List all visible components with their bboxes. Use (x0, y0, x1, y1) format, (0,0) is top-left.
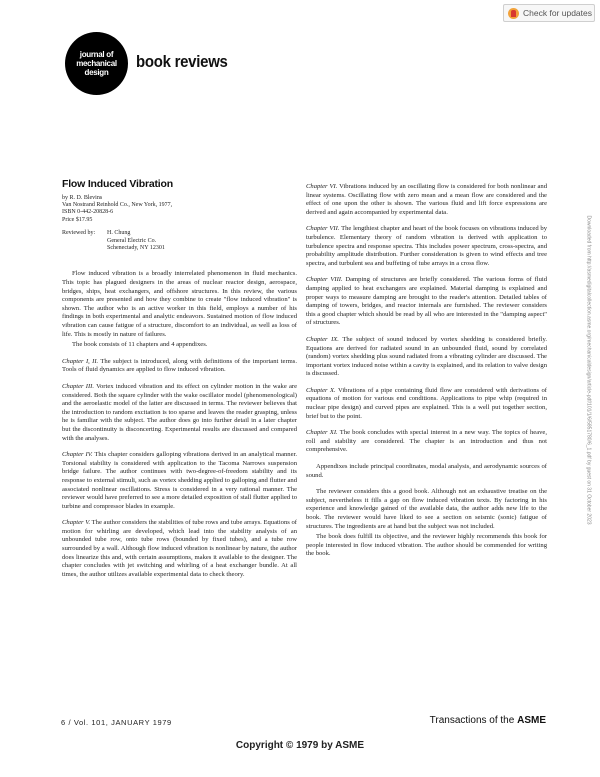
chapter-label: Chapter V. (62, 519, 90, 526)
chapter-label: Chapter III. (62, 383, 94, 390)
paragraph: Chapter XI. The book concludes with spec… (306, 429, 547, 455)
reviewer-block: Reviewed by: H. Chung General Electric C… (62, 230, 297, 252)
check-for-updates-label: Check for updates (523, 8, 592, 18)
paragraph: Appendixes include principal coordinates… (306, 463, 547, 480)
book-author: by R. D. Blevins (62, 195, 297, 202)
chapter-label: Chapter X. (306, 387, 336, 394)
download-notice: Downloaded from http://asmedigitalcollec… (585, 160, 593, 580)
logo-line: journal of (80, 50, 113, 59)
paragraph: Chapter III. Vortex induced vibration an… (62, 383, 297, 443)
logo-line: mechanical (76, 59, 117, 68)
copyright-notice: Copyright © 1979 by ASME (0, 740, 600, 751)
chapter-label: Chapter XI. (306, 429, 338, 436)
reviewer-name: H. Chung (107, 230, 165, 237)
book-price: Price $17.95 (62, 217, 297, 224)
paragraph: Chapter VII. The lengthiest chapter and … (306, 225, 547, 268)
crossmark-icon (508, 8, 519, 19)
paragraph: Chapter V. The author considers the stab… (62, 519, 297, 579)
chapter-label: Chapter VII. (306, 225, 339, 232)
reviewer-label: Reviewed by: (62, 230, 107, 252)
page-info: 6 / Vol. 101, JANUARY 1979 (61, 718, 172, 727)
section-title: book reviews (136, 52, 228, 72)
chapter-label: Chapter IX. (306, 336, 339, 343)
journal-logo: journal of mechanical design (65, 32, 128, 95)
paragraph: The reviewer considers this a good book.… (306, 488, 547, 531)
paragraph: Chapter X. Vibrations of a pipe containi… (306, 387, 547, 421)
book-publisher: Van Nostrand Reinhold Co., New York, 197… (62, 202, 297, 209)
journal-name: Transactions of the ASME (430, 715, 546, 726)
chapter-label: Chapter IV. (62, 451, 93, 458)
paragraph: Chapter VI. Vibrations induced by an osc… (306, 183, 547, 217)
paragraph: Chapter IX. The subject of sound induced… (306, 336, 547, 379)
paragraph: Chapter VIII. Damping of structures are … (306, 276, 547, 328)
reviewer-affiliation: General Electric Co. (107, 238, 165, 245)
book-metadata: by R. D. Blevins Van Nostrand Reinhold C… (62, 195, 297, 225)
book-isbn: ISBN 0-442-20828-6 (62, 209, 297, 216)
check-for-updates-button[interactable]: Check for updates (503, 4, 595, 22)
paragraph: The book does fulfill its objective, and… (306, 533, 547, 559)
left-column: Flow Induced Vibration by R. D. Blevins … (62, 180, 297, 587)
paragraph: Chapter IV. This chapter considers gallo… (62, 451, 297, 511)
chapter-label: Chapter VI. (306, 183, 337, 190)
logo-line: design (85, 68, 109, 77)
chapter-label: Chapter I, II. (62, 358, 98, 365)
reviewer-location: Schenectady, NY 12301 (107, 245, 165, 252)
paragraph: The book consists of 11 chapters and 4 a… (62, 341, 297, 350)
paragraph: Chapter I, II. The subject is introduced… (62, 358, 297, 375)
paragraph: Flow induced vibration is a broadly inte… (62, 270, 297, 339)
chapter-label: Chapter VIII. (306, 276, 343, 283)
right-column: Chapter VI. Vibrations induced by an osc… (306, 183, 547, 567)
book-title: Flow Induced Vibration (62, 180, 297, 189)
